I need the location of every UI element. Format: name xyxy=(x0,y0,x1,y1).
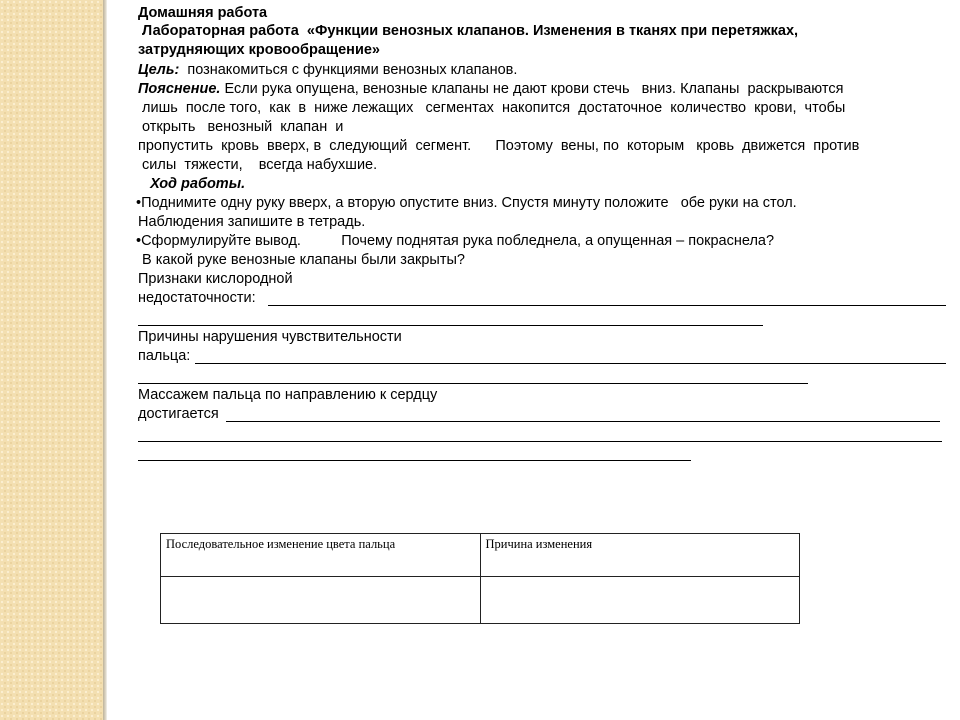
goal-row: Цель: познакомиться с функциями венозных… xyxy=(138,61,517,79)
lab-title-line-2: затрудняющих кровообращение» xyxy=(138,41,380,59)
explanation-line-2: лишь после того, как в ниже лежащих сегм… xyxy=(138,99,845,117)
table-row xyxy=(161,577,800,624)
procedure-line-4: В какой руке венозные клапаны были закры… xyxy=(138,251,465,269)
explanation-line-4: пропустить кровь вверх, в следующий сегм… xyxy=(138,137,859,155)
question-3-line-2: достигается xyxy=(138,405,219,423)
answer-line[interactable] xyxy=(226,421,940,422)
table-header-cell: Последовательное изменение цвета пальца xyxy=(161,534,481,577)
question-1-line-2: недостаточности: xyxy=(138,289,256,307)
lab-title-line-1: Лабораторная работа «Функции венозных кл… xyxy=(138,22,798,40)
answer-line[interactable] xyxy=(138,325,763,326)
answer-line[interactable] xyxy=(138,460,691,461)
explanation-line-1: Если рука опущена, венозные клапаны не д… xyxy=(220,81,843,97)
heading: Домашняя работа xyxy=(138,4,267,22)
decorative-sidebar xyxy=(0,0,103,720)
answer-line[interactable] xyxy=(268,305,946,306)
procedure-line-1: •Поднимите одну руку вверх, а вторую опу… xyxy=(136,194,797,212)
sidebar-shadow xyxy=(103,0,107,720)
color-change-table: Последовательное изменение цвета пальца … xyxy=(160,533,800,624)
procedure-label: Ход работы. xyxy=(138,175,245,193)
question-1-line-1: Признаки кислородной xyxy=(138,270,293,288)
procedure-line-2: Наблюдения запишите в тетрадь. xyxy=(138,213,365,231)
table-header-row: Последовательное изменение цвета пальца … xyxy=(161,534,800,577)
goal-text: познакомиться с функциями венозных клапа… xyxy=(179,62,517,78)
answer-line[interactable] xyxy=(195,363,946,364)
answer-line[interactable] xyxy=(138,383,808,384)
question-3-line-1: Массажем пальца по направлению к сердцу xyxy=(138,386,437,404)
question-2-line-2: пальца: xyxy=(138,347,190,365)
goal-label: Цель: xyxy=(138,62,179,78)
explanation-line-5: силы тяжести, всегда набухшие. xyxy=(138,156,377,174)
answer-line[interactable] xyxy=(138,441,942,442)
procedure-line-3: •Сформулируйте вывод. Почему поднятая ру… xyxy=(136,232,774,250)
table-cell[interactable] xyxy=(480,577,800,624)
explanation-label: Пояснение. xyxy=(138,81,220,97)
explanation-line-3: открыть венозный клапан и xyxy=(138,118,343,136)
table-header-cell: Причина изменения xyxy=(480,534,800,577)
question-2-line-1: Причины нарушения чувствительности xyxy=(138,328,402,346)
table-cell[interactable] xyxy=(161,577,481,624)
explanation-row: Пояснение. Если рука опущена, венозные к… xyxy=(138,80,843,98)
